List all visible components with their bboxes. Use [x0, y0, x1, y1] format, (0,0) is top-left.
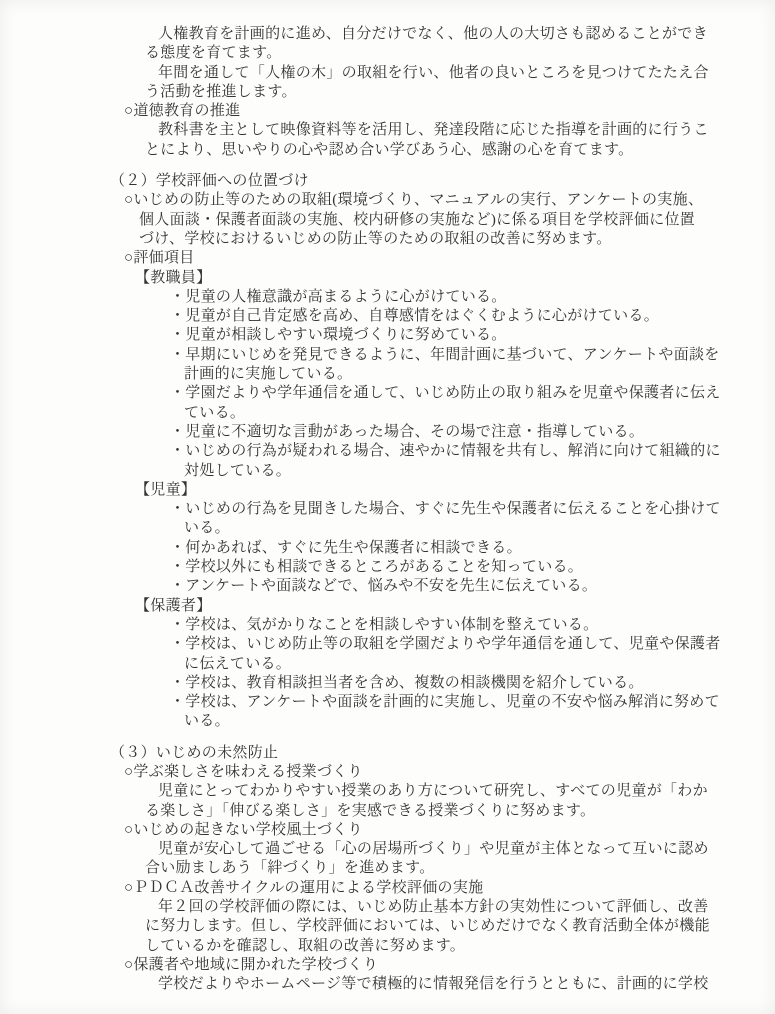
body-paragraph: 児童が安心して過ごせる「心の居場所づくり」や児童が主体となって互いに認め: [158, 840, 775, 859]
evaluation-item-cont: 対処している。: [184, 462, 775, 481]
document-page: 人権教育を計画的に進め、自分だけでなく、他の人の大切さも認めることができる態度を…: [0, 0, 775, 1014]
evaluation-group-parents: 【保護者】: [135, 597, 775, 616]
section-heading-2: （２）学校評価への位置づけ: [110, 172, 775, 191]
body-paragraph-cont: とにより、思いやりの心や認め合い学びあう心、感謝の心を育てます。: [145, 141, 775, 160]
evaluation-item: ・児童が自己肯定感を高め、自尊感情をはぐくむように心がけている。: [170, 307, 775, 326]
evaluation-item-cont: ている。: [184, 404, 775, 423]
evaluation-item: ・学園だよりや学年通信を通して、いじめ防止の取り組みを児童や保護者に伝え: [170, 384, 775, 403]
evaluation-item: ・何かあれば、すぐに先生や保護者に相談できる。: [170, 539, 775, 558]
evaluation-item: ・早期にいじめを発見できるように、年間計画に基づいて、アンケートや面談を: [170, 346, 775, 365]
policy-item: ○ＰＤＣＡ改善サイクルの運用による学校評価の実施: [124, 879, 775, 898]
policy-item: ○いじめの防止等のための取組(環境づくり、マニュアルの実行、アンケートの実施、: [124, 191, 775, 210]
evaluation-item: ・児童の人権意識が高まるように心がけている。: [170, 288, 775, 307]
paragraph-spacer: [0, 732, 775, 744]
evaluation-item: ・児童が相談しやすい環境づくりに努めている。: [170, 326, 775, 345]
section-heading-3: （３）いじめの未然防止: [110, 744, 775, 763]
evaluation-item: ・学校は、いじめ防止等の取組を学園だよりや学年通信を通して、児童や保護者: [170, 635, 775, 654]
body-paragraph: 学校だよりやホームページ等で積極的に情報発信を行うとともに、計画的に学校: [158, 975, 775, 994]
evaluation-item: ・学校以外にも相談できるところがあることを知っている。: [170, 558, 775, 577]
policy-item: ○道徳教育の推進: [124, 102, 775, 121]
evaluation-group-children: 【児童】: [135, 481, 775, 500]
policy-item: ○学ぶ楽しさを味わえる授業づくり: [124, 763, 775, 782]
body-paragraph: 年２回の学校評価の際には、いじめ防止基本方針の実効性について評価し、改善: [158, 898, 775, 917]
body-paragraph-cont: う活動を推進します。: [145, 83, 775, 102]
evaluation-item: ・いじめの行為が疑われる場合、速やかに情報を共有し、解消に向けて組織的に: [170, 442, 775, 461]
evaluation-group-teachers: 【教職員】: [135, 269, 775, 288]
policy-item-cont: 個人面談・保護者面談の実施、校内研修の実施など)に係る項目を学校評価に位置: [139, 211, 775, 230]
evaluation-item: ・アンケートや面談などで、悩みや不安を先生に伝えている。: [170, 577, 775, 596]
document-body: 人権教育を計画的に進め、自分だけでなく、他の人の大切さも認めることができる態度を…: [0, 25, 775, 995]
body-paragraph-cont: しているかを確認し、取組の改善に努めます。: [145, 937, 775, 956]
evaluation-item: ・学校は、教育相談担当者を含め、複数の相談機関を紹介している。: [170, 674, 775, 693]
evaluation-item-cont: いる。: [184, 712, 775, 731]
evaluation-item-cont: 計画的に実施している。: [184, 365, 775, 384]
policy-item-cont: づけ、学校におけるいじめの防止等のための取組の改善に努めます。: [139, 230, 775, 249]
body-paragraph-cont: る楽しさ」「伸びる楽しさ」を実感できる授業づくりに努めます。: [145, 802, 775, 821]
body-paragraph-cont: に努力します。但し、学校評価においては、いじめだけでなく教育活動全体が機能: [145, 917, 775, 936]
policy-item: ○評価項目: [124, 249, 775, 268]
body-paragraph: 人権教育を計画的に進め、自分だけでなく、他の人の大切さも認めることができ: [158, 25, 775, 44]
evaluation-item: ・いじめの行為を見聞きした場合、すぐに先生や保護者に伝えることを心掛けて: [170, 500, 775, 519]
body-paragraph: 教科書を主として映像資料等を活用し、発達段階に応じた指導を計画的に行うこ: [158, 121, 775, 140]
evaluation-item-cont: に伝えている。: [184, 655, 775, 674]
evaluation-item: ・学校は、アンケートや面談を計画的に実施し、児童の不安や悩み解消に努めて: [170, 693, 775, 712]
evaluation-item: ・学校は、気がかりなことを相談しやすい体制を整えている。: [170, 616, 775, 635]
body-paragraph-cont: 合い励ましあう「絆づくり」を進めます。: [145, 859, 775, 878]
body-paragraph: 児童にとってわかりやすい授業のあり方について研究し、すべての児童が「わか: [158, 782, 775, 801]
body-paragraph: 年間を通して「人権の木」の取組を行い、他者の良いところを見つけてたたえ合: [158, 64, 775, 83]
evaluation-item: ・児童に不適切な言動があった場合、その場で注意・指導している。: [170, 423, 775, 442]
policy-item: ○いじめの起きない学校風土づくり: [124, 821, 775, 840]
paragraph-spacer: [0, 160, 775, 172]
body-paragraph-cont: る態度を育てます。: [145, 44, 775, 63]
policy-item: ○保護者や地域に開かれた学校づくり: [124, 956, 775, 975]
evaluation-item-cont: いる。: [184, 519, 775, 538]
